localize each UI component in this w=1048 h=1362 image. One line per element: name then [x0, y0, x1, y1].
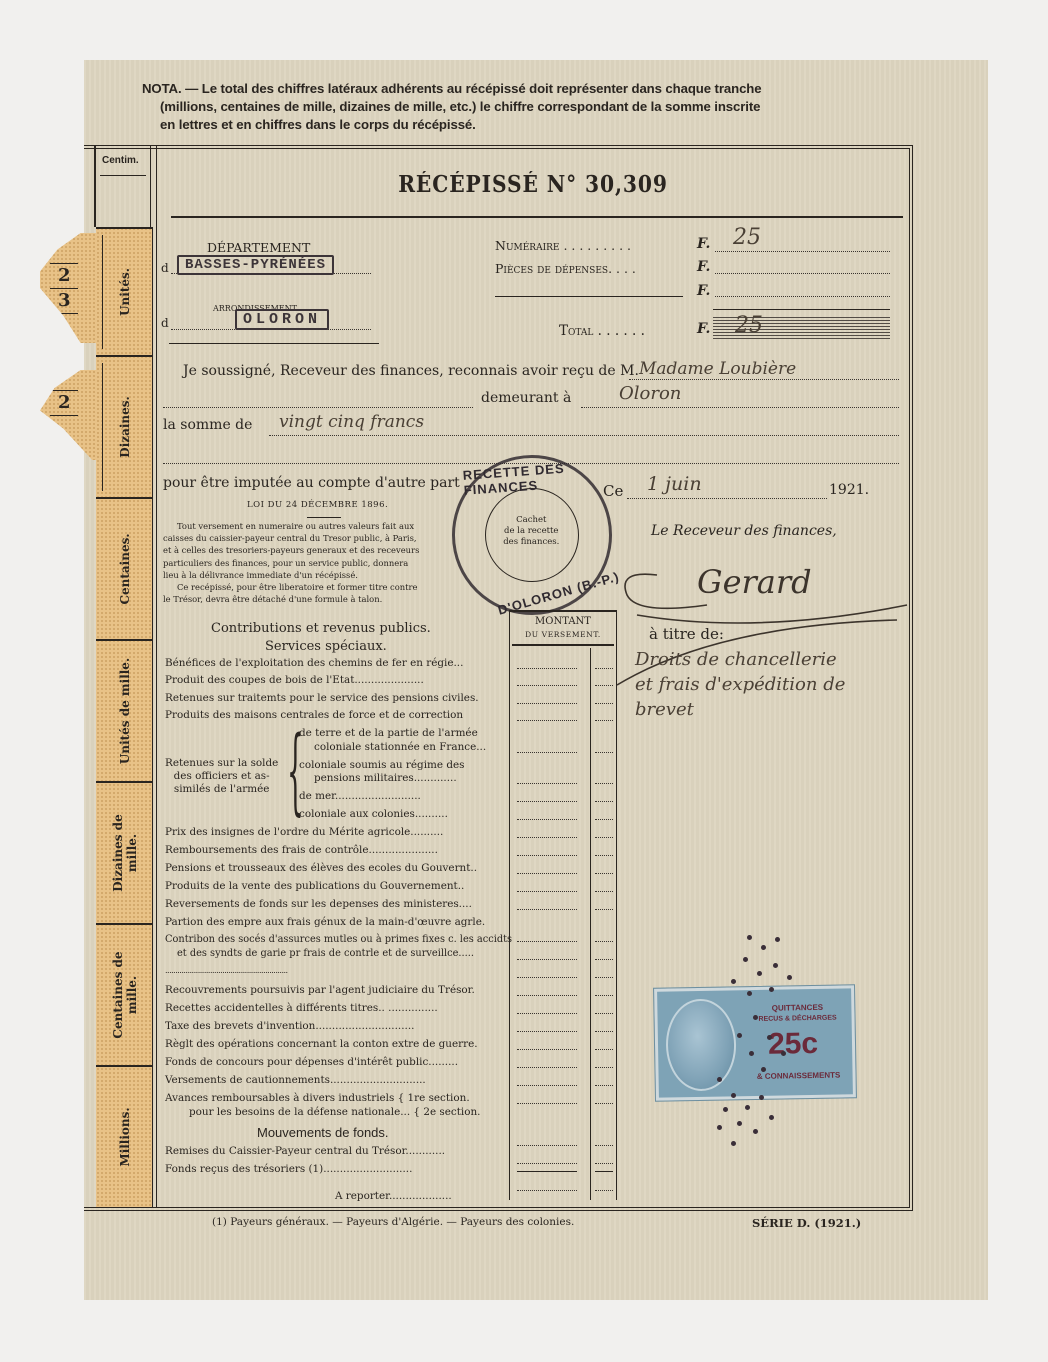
montant-column: MONTANT DU VERSEMENT. [509, 610, 617, 1200]
loi-line: le Trésor, devra être détaché d'une form… [163, 593, 483, 605]
list-item: Produits des maisons centrales de force … [165, 709, 463, 721]
tab-divider [50, 288, 78, 289]
unites-digit-2: 3 [58, 290, 71, 311]
montant-header-rule [512, 644, 614, 646]
departement-prefix: d [161, 261, 169, 275]
list-item: Produit des coupes de bois de l'Etat....… [165, 674, 424, 686]
receipt-title: RÉCÉPISSÉ N° 30,309 [202, 171, 864, 198]
loi-line: lieu à la délivrance immediate d'un récé… [163, 569, 483, 581]
blank-line [715, 296, 890, 297]
list-item: Prix des insignes de l'ordre du Mérite a… [165, 826, 443, 838]
loi-line: particuliers des finances, pour un servi… [163, 557, 483, 569]
list-item: pensions militaires............. [314, 772, 457, 784]
nota-lead: NOTA. — [142, 81, 198, 96]
stamp-line-1: QUITTANCES [745, 1002, 849, 1013]
somme-line [269, 435, 899, 436]
footer-note: (1) Payeurs généraux. — Payeurs d'Algéri… [212, 1216, 574, 1228]
numeraire-value: 25 [733, 225, 761, 250]
retenues-label-line: similés de l'armée [165, 783, 278, 796]
list-item: Taxe des brevets d'invention............… [165, 1020, 414, 1032]
list-item: Reversements de fonds sur les depenses d… [165, 898, 472, 910]
montant-header-1: MONTANT [510, 616, 616, 627]
loi-line: caisses du caissier-payeur central du Tr… [163, 532, 483, 544]
nota-line-2: (millions, centaines de mille, dizaines … [142, 98, 922, 116]
title-rule [171, 216, 903, 218]
cachet-line: des finances. [485, 537, 577, 548]
date-year: 1921. [829, 482, 869, 498]
loi-line: et à celles des tresoriers-payeurs gener… [163, 544, 483, 556]
date-line [627, 498, 827, 499]
loi-line: Ce recépissé, pour être liberatoire et f… [163, 581, 483, 593]
stamp-line-2: RECUS & DÉCHARGES [746, 1014, 850, 1023]
list-item: Règlt des opérations concernant la conto… [165, 1038, 478, 1050]
a-reporter: A reporter................... [335, 1190, 452, 1202]
tab-divider [50, 263, 78, 264]
list-item: de mer.......................... [299, 790, 421, 802]
loi-heading: LOI DU 24 DÉCEMBRE 1896. [247, 500, 388, 510]
a-titre-line: brevet [635, 697, 845, 722]
list-item: Avances remboursables à divers industrie… [165, 1092, 470, 1104]
dizaines-digit-1: 2 [58, 392, 71, 413]
payer-name: Madame Loubière [639, 359, 796, 379]
blank-currency: F. [697, 283, 710, 299]
list-item: Remises du Caissier-Payeur central du Tr… [165, 1145, 445, 1157]
imputee-text: pour être imputée au compte d'autre part [163, 475, 460, 491]
numeraire-currency: F. [697, 236, 710, 252]
list-item: Produits de la vente des publications du… [165, 880, 464, 892]
cachet-line: de la recette [485, 526, 577, 537]
list-item: Remboursements des frais de contrôle....… [165, 844, 438, 856]
list-item: coloniale aux colonies.......... [299, 808, 448, 820]
demeurant-value: Oloron [619, 383, 681, 404]
a-titre-value: Droits de chancellerie et frais d'expédi… [635, 647, 845, 722]
a-titre-label: à titre de: [649, 625, 724, 643]
list-item: Partion des empre aux frais génux de la … [165, 916, 485, 928]
loi-line: Tout versement en numeraire ou autres va… [163, 520, 483, 532]
departement-label: DÉPARTEMENT [207, 240, 310, 255]
section-mouvements: Mouvements de fonds. [257, 1125, 389, 1140]
receveur-label: Le Receveur des finances, [651, 523, 837, 539]
list-item: Contribon des socés d'assurces mutles ou… [165, 934, 512, 945]
sum-rule [713, 309, 890, 310]
total-label: Total . . . . . . [559, 323, 645, 339]
somme-value: vingt cinq francs [279, 412, 424, 432]
section-services-speciaux: Services spéciaux. [265, 639, 387, 654]
cachet-text: Cachet de la recette des finances. [485, 515, 577, 548]
cachet-ring-top: RECETTE DES FINANCES [462, 459, 598, 498]
stamp-value: 25c [768, 1027, 819, 1062]
arrondissement-prefix: d [161, 316, 169, 330]
list-item: Versements de cautionnements............… [165, 1074, 426, 1086]
tab-divider [50, 390, 78, 391]
nota-line-3: en lettres et en chiffres dans le corps … [142, 116, 922, 134]
date-prefix: Ce [603, 482, 623, 500]
numeraire-label: Numéraire . . . . . . . . . [495, 238, 631, 253]
list-item: et des syndts de garie pr frais de contr… [177, 948, 474, 959]
list-item: Bénéfices de l'exploitation des chemins … [165, 657, 463, 669]
montant-divider [590, 648, 591, 1200]
list-item: Fonds reçus des trésoriers (1)..........… [165, 1163, 412, 1175]
demeurant-label: demeurant à [481, 390, 571, 406]
departement-stamp: BASSES-PYRÉNÉES [177, 255, 334, 275]
arrondissement-stamp: OLORON [235, 309, 329, 330]
demeurant-line [581, 407, 899, 408]
date-day-month: 1 juin [647, 473, 702, 495]
list-item: pour les besoins de la défense nationale… [189, 1106, 480, 1118]
somme-label: la somme de [163, 417, 252, 433]
receipt-declaration: Je soussigné, Receveur des finances, rec… [183, 363, 639, 379]
list-item: Pensions et trousseaux des élèves des ec… [165, 862, 477, 874]
receipt-body: RÉCÉPISSÉ N° 30,309 DÉPARTEMENT d BASSES… [156, 145, 909, 1207]
list-item: Fonds de concours pour dépenses d'intérê… [165, 1056, 458, 1068]
retenues-label-line: Retenues sur la solde [165, 757, 278, 770]
payer-extra-line [163, 407, 473, 408]
section-contributions: Contributions et revenus publics. [211, 621, 431, 636]
loi-rule [307, 517, 341, 518]
revenue-stamp: QUITTANCES RECUS & DÉCHARGES 25c & CONNA… [654, 985, 856, 1100]
list-item: de terre et de la partie de l'armée [299, 727, 478, 739]
a-titre-line: et frais d'expédition de [635, 672, 845, 697]
list-item: coloniale soumis au régime des [299, 759, 464, 771]
total-value: 25 [735, 313, 763, 338]
nota-line-1: Le total des chiffres latéraux adhérents… [198, 81, 761, 96]
a-titre-line: Droits de chancellerie [635, 647, 845, 672]
list-item: coloniale stationnée en France... [314, 741, 486, 753]
footer-serie: SÉRIE D. (1921.) [752, 1216, 861, 1230]
list-item: ........................................… [165, 966, 288, 975]
numeraire-line [715, 251, 890, 252]
tab-divider [50, 313, 78, 314]
retenues-label: Retenues sur la solde des officiers et a… [165, 757, 278, 796]
loi-text: Tout versement en numeraire ou autres va… [163, 520, 483, 605]
pieces-line [715, 273, 890, 274]
list-item: Retenues sur traitemts pour le service d… [165, 692, 479, 704]
total-currency: F. [697, 321, 710, 337]
montant-header-2: DU VERSEMENT. [510, 630, 616, 639]
retenues-label-line: des officiers et as- [165, 770, 278, 783]
pieces-label: Pièces de dépenses. . . . [495, 261, 636, 276]
blank-label-line [495, 296, 683, 297]
list-item: Recouvrements poursuivis par l'agent jud… [165, 984, 475, 996]
arrondissement-rule [169, 343, 379, 344]
pieces-currency: F. [697, 259, 710, 275]
nota-text: NOTA. — Le total des chiffres latéraux a… [142, 80, 922, 134]
unites-digit-1: 2 [58, 265, 71, 286]
stamp-head-icon [665, 998, 737, 1091]
payer-line [629, 379, 899, 380]
tab-divider [50, 415, 78, 416]
cachet-inner-circle: Cachet de la recette des finances. [476, 479, 587, 590]
cachet-line: Cachet [485, 515, 577, 526]
retenues-brace: { [287, 727, 304, 821]
list-item: Recettes accidentelles à différents titr… [165, 1002, 438, 1014]
